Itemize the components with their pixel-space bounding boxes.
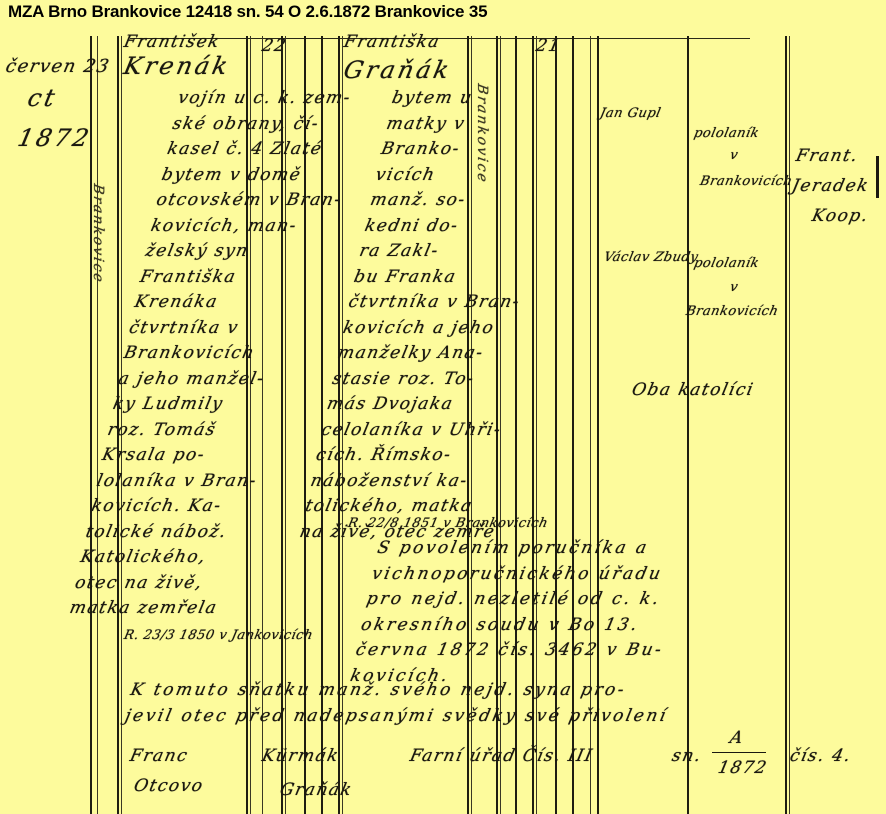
witness-1: Jan Gupl	[597, 102, 663, 126]
bride-first-name: Františka	[341, 30, 442, 56]
bride-age: 21	[533, 34, 563, 60]
fraction-bottom: 1872	[715, 756, 770, 782]
date-word: ct	[25, 86, 60, 112]
margin-mark	[876, 156, 879, 198]
parish-reference: Farní úřad Čís. III	[407, 744, 595, 770]
signature-father-last: Kürmák	[259, 744, 341, 770]
permission-note: S povolením poručníka a vichnoporučnické…	[348, 536, 688, 689]
groom-birth-note: R. 23/3 1850 v Jankovicích	[121, 624, 315, 648]
bottom-note: K tomuto sňatku manž. svého nejd. syna p…	[123, 678, 676, 729]
date-year: 1872	[15, 126, 93, 152]
column-rule	[789, 36, 790, 814]
bride-last-name: Graňák	[341, 58, 454, 84]
groom-last-name: Krenák	[121, 54, 232, 80]
witness-2: Václav Zbudy	[601, 246, 700, 270]
date-month-day: červen 23	[3, 54, 112, 80]
priest-line-2: Jeradek	[789, 174, 871, 200]
occupation-5: v	[727, 276, 740, 300]
occupation-4: pololaník	[691, 252, 761, 276]
bride-birth-note: R. 22/8 1851 v Brankovicích	[345, 512, 550, 536]
religion-note: Oba katolíci	[629, 378, 756, 404]
occupation-1: pololaník	[691, 122, 761, 146]
signature-father2-last: Graňák	[277, 778, 355, 804]
column-rule	[90, 36, 92, 814]
column-rule	[687, 36, 689, 814]
document-title: MZA Brno Brankovice 12418 sn. 54 O 2.6.1…	[8, 2, 487, 22]
occupation-6: Brankovicích	[683, 300, 780, 324]
fraction-bar	[712, 752, 766, 753]
groom-age: 22	[259, 34, 289, 60]
priest-line-3: Koop.	[809, 204, 871, 230]
signature-father2: Otcovo	[131, 774, 206, 800]
column-rule	[97, 36, 98, 814]
vertical-place-mid: Brankovice	[469, 82, 495, 186]
vertical-place-left: Brankovice	[85, 182, 111, 286]
fraction-top: A	[727, 726, 746, 752]
entry-number: čís. 4.	[787, 744, 854, 770]
occupation-2: v	[727, 144, 740, 168]
sn-label: sn.	[669, 744, 704, 770]
register-scan: červen 23 ct 1872 Brankovice František K…	[0, 26, 886, 814]
occupation-3: Brankovicích	[697, 170, 794, 194]
column-rule	[785, 36, 787, 814]
signature-father: Franc	[127, 744, 190, 770]
priest-line-1: Frant.	[793, 144, 861, 170]
